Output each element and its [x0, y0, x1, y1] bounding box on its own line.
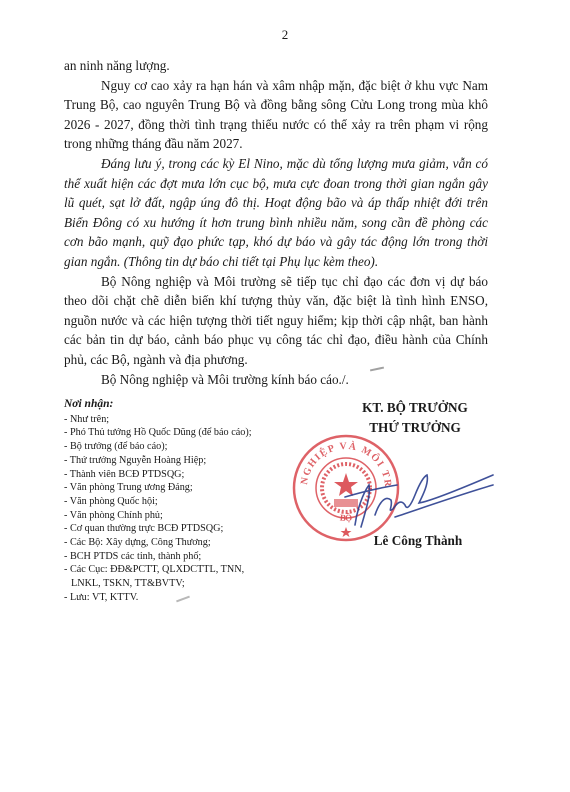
recipient-item: - Văn phòng Trung ương Đảng;: [64, 481, 294, 495]
recipients-title: Nơi nhận:: [64, 398, 294, 412]
recipient-item: - Các Bộ: Xây dựng, Công Thương;: [64, 536, 294, 550]
recipient-item: - Thành viên BCĐ PTDSQG;: [64, 468, 294, 482]
recipient-item: - Văn phòng Chính phủ;: [64, 509, 294, 523]
recipient-item: - Bộ trưởng (để báo cáo);: [64, 440, 294, 454]
recipient-item: - Các Cục: ĐĐ&PCTT, QLXDCTTL, TNN,: [64, 563, 294, 577]
recipient-item: - BCH PTDS các tỉnh, thành phố;: [64, 550, 294, 564]
handwritten-signature-icon: [335, 455, 495, 535]
recipient-item: - Văn phòng Quốc hội;: [64, 495, 294, 509]
recipients-list: Nơi nhận: - Như trên; - Phó Thủ tướng Hồ…: [64, 398, 294, 605]
paragraph-el-nino-note: Đáng lưu ý, trong các kỳ El Nino, mặc dù…: [64, 154, 488, 272]
recipient-item: - Thứ trưởng Nguyễn Hoàng Hiệp;: [64, 454, 294, 468]
recipient-item: - Phó Thủ tướng Hồ Quốc Dũng (để báo cáo…: [64, 426, 294, 440]
paragraph-ministry-action: Bộ Nông nghiệp và Môi trường sẽ tiếp tục…: [64, 272, 488, 370]
document-body: an ninh năng lượng. Nguy cơ cao xảy ra h…: [64, 56, 488, 389]
page-number: 2: [0, 27, 570, 43]
signature-title-line1: KT. BỘ TRƯỞNG: [340, 398, 490, 418]
paragraph-drought: Nguy cơ cao xảy ra hạn hán và xâm nhập m…: [64, 76, 488, 154]
paragraph-1: an ninh năng lượng.: [64, 56, 488, 76]
recipient-item-continued: LNKL, TSKN, TT&BVTV;: [64, 577, 294, 591]
signer-name: Lê Công Thành: [358, 533, 478, 549]
recipient-item: - Lưu: VT, KTTV.: [64, 591, 294, 605]
signature-title-block: KT. BỘ TRƯỞNG THỨ TRƯỞNG: [340, 398, 490, 438]
recipient-item: - Như trên;: [64, 413, 294, 427]
paragraph-closing: Bộ Nông nghiệp và Môi trường kính báo cá…: [64, 370, 488, 390]
recipient-item: - Cơ quan thường trực BCĐ PTDSQG;: [64, 522, 294, 536]
